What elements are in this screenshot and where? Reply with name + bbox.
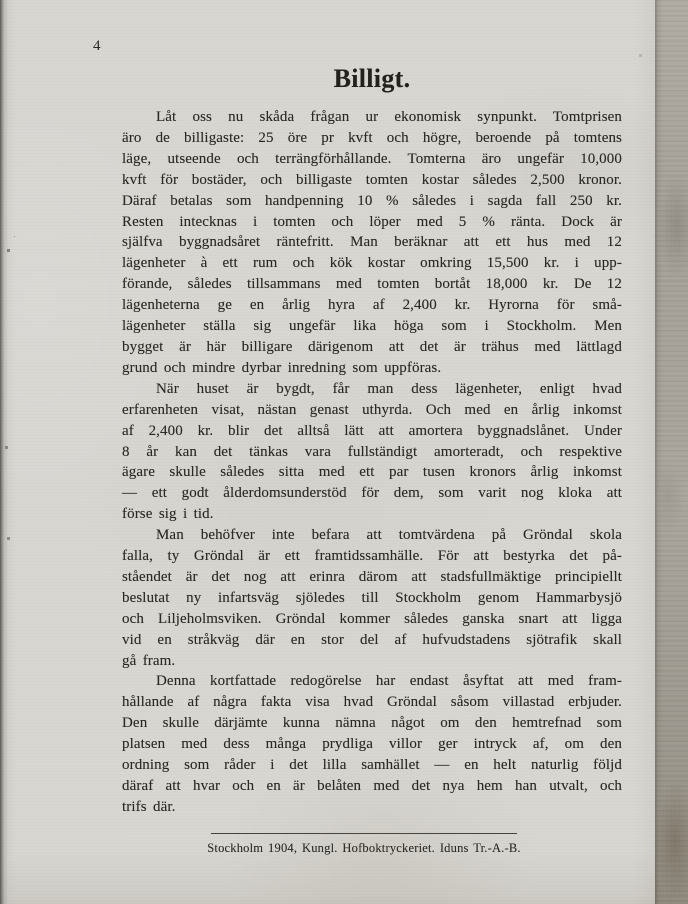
text-line: lägenheter ställa sig ungefär lika höga … <box>122 316 622 337</box>
page-title: Billigt. <box>122 64 622 94</box>
text-line: af 2,400 kr. blir det alltså lätt att am… <box>122 421 622 442</box>
text-line: lägenheterna ge en årlig hyra af 2,400 k… <box>122 295 622 316</box>
text-line: förande, således tillsammans med tomten … <box>122 274 622 295</box>
text-line: förse sig i tid. <box>122 504 622 525</box>
text-line: lägenheter à ett rum och kök kostar omkr… <box>122 253 622 274</box>
text-line: äro de billigaste: 25 öre pr kvft och hö… <box>122 128 622 149</box>
text-line: Denna kortfattade redogörelse har endast… <box>122 671 622 692</box>
text-line: bygget är här billigare därigenom att de… <box>122 337 622 358</box>
imprint-text: Stockholm 1904, Kungl. Hofboktryckeriet.… <box>114 841 614 856</box>
text-line: Däraf betalas som handpenning 10 % såled… <box>122 191 622 212</box>
text-line: ordning som råder i det lilla samhället … <box>122 755 622 776</box>
text-line: erfarenheten visat, nästan genast uthyrd… <box>122 400 622 421</box>
text-line: trifs där. <box>122 797 622 818</box>
text-line: 8 år kan det tänkas vara fullständigt am… <box>122 442 622 463</box>
text-line: läge, utseende och terrängförhållande. T… <box>122 149 622 170</box>
footer: Stockholm 1904, Kungl. Hofboktryckeriet.… <box>114 833 614 856</box>
page-edge-band <box>655 0 688 904</box>
text-line: falla, ty Gröndal är ett framtidssamhäll… <box>122 546 622 567</box>
text-line: Den skulle därjämte kunna nämna något om… <box>122 713 622 734</box>
paper-specks <box>0 0 1 1</box>
text-line: gå fram. <box>122 651 622 672</box>
text-line: Resten intecknas i tomten och löper med … <box>122 212 622 233</box>
text-line: platsen med dess många prydliga villor g… <box>122 734 622 755</box>
text-line: beslutat ny infartsväg sjöledes till Sto… <box>122 588 622 609</box>
text-line: Man behöfver inte befara att tomtvärdena… <box>122 525 622 546</box>
footer-rule <box>211 833 517 834</box>
text-line: ägare skulle således sitta med ett par t… <box>122 462 622 483</box>
text-line: däraf att hvar och en är belåten med det… <box>122 776 622 797</box>
text-line: vid en stråkväg där en stor del af hufvu… <box>122 630 622 651</box>
text-line: — ett godt ålderdomsunderstöd för dem, s… <box>122 483 622 504</box>
text-line: Låt oss nu skåda frågan ur ekonomisk syn… <box>122 107 622 128</box>
text-line: ståendet är det nog att erinra därom att… <box>122 567 622 588</box>
text-column: Låt oss nu skåda frågan ur ekonomisk syn… <box>122 107 622 818</box>
scanned-page: 4 Billigt. Låt oss nu skåda frågan ur ek… <box>0 0 688 904</box>
text-line: grund och mindre dyrbar inredning som up… <box>122 358 622 379</box>
text-line: kvft för bostäder, och billigaste tomten… <box>122 170 622 191</box>
page-number: 4 <box>93 38 101 55</box>
text-line: hållande af några fakta visa hvad Grönda… <box>122 692 622 713</box>
text-line: själfva byggnadsåret räntefritt. Man ber… <box>122 232 622 253</box>
text-line: När huset är bygdt, får man dess lägenhe… <box>122 379 622 400</box>
text-line: och Liljeholmsviken. Gröndal kommer såle… <box>122 609 622 630</box>
